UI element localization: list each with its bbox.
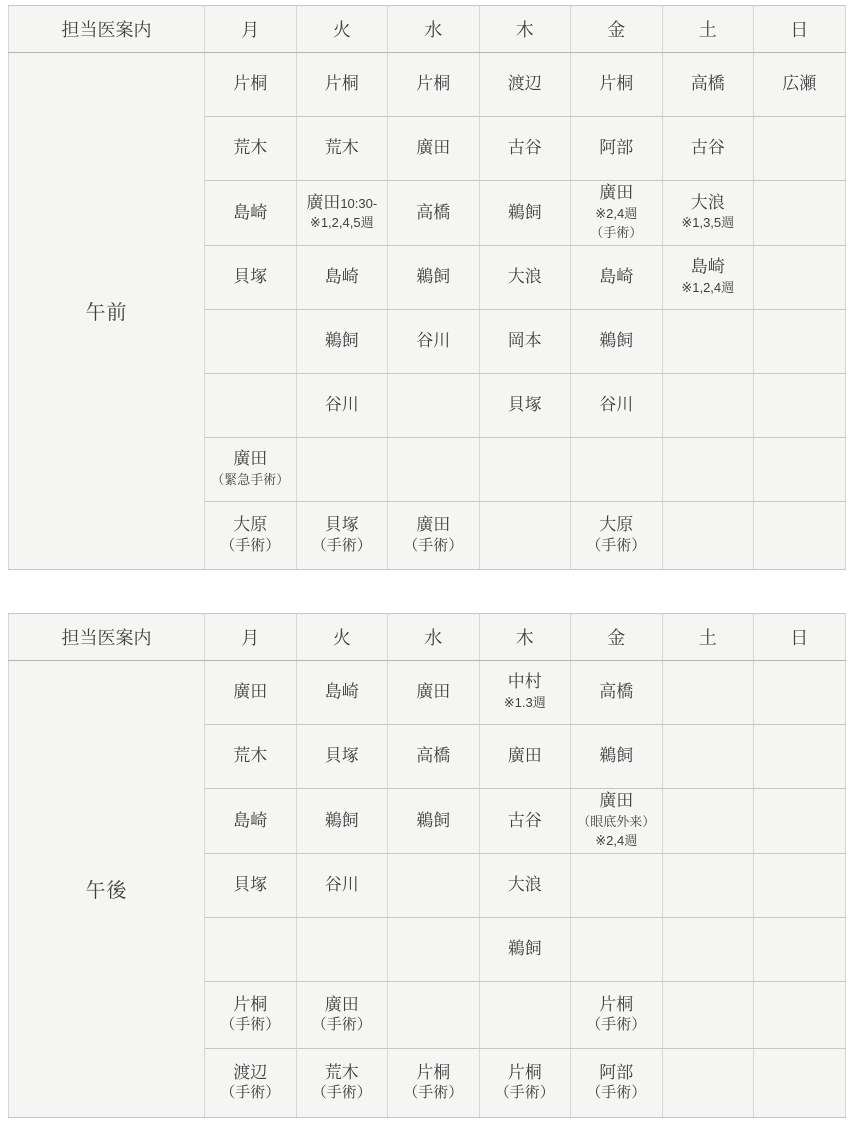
schedule-cell: 廣田（緊急手術）	[205, 437, 297, 501]
cell-line: ※2,4週	[572, 831, 661, 851]
cell-line: （手術）	[572, 223, 661, 243]
cell-line: 阿部	[572, 1063, 661, 1084]
cell-line: 貝塚	[206, 875, 295, 896]
schedule-note: （手術）	[495, 1084, 555, 1101]
empty-cell	[388, 853, 480, 917]
doctor-name: 高橋	[691, 74, 725, 93]
day-header-wed: 水	[388, 6, 480, 53]
empty-cell	[662, 853, 754, 917]
doctor-name: 貝塚	[325, 515, 359, 534]
schedule-note: （手術）	[312, 537, 372, 554]
schedule-note: ※1,2,4週	[681, 280, 734, 295]
schedule-cell: 大浪	[479, 853, 571, 917]
doctor-name: 荒木	[325, 1063, 359, 1082]
schedule-note: （手術）	[312, 1084, 372, 1101]
cell-line: 片桐	[298, 74, 387, 95]
schedule-cell: 鵜飼	[296, 789, 388, 854]
cell-line: （手術）	[298, 1083, 387, 1103]
cell-line: 島崎	[572, 267, 661, 288]
doctor-name: 廣田	[508, 746, 542, 765]
afternoon-schedule-table: 担当医案内 月 火 水 木 金 土 日 午後廣田島崎廣田中村※1.3週高橋荒木貝…	[8, 613, 846, 1118]
doctor-name: 岡本	[508, 331, 542, 350]
cell-line: 廣田	[206, 449, 295, 470]
cell-line: 荒木	[206, 138, 295, 159]
doctor-name: 片桐	[233, 74, 267, 93]
empty-cell	[662, 981, 754, 1048]
doctor-name: 古谷	[691, 138, 725, 157]
cell-line: 荒木	[206, 746, 295, 767]
schedule-note: （手術）	[220, 1084, 280, 1101]
header-row: 担当医案内 月 火 水 木 金 土 日	[9, 614, 846, 661]
cell-line: 廣田	[298, 995, 387, 1016]
schedule-cell: 広瀬	[754, 53, 846, 117]
cell-line: 谷川	[298, 875, 387, 896]
doctor-schedule-sheet: 担当医案内 月 火 水 木 金 土 日 午前片桐片桐片桐渡辺片桐高橋広瀬荒木荒木…	[0, 0, 852, 1130]
doctor-name: 谷川	[325, 875, 359, 894]
cell-line: 高橋	[389, 746, 478, 767]
doctor-name: 片桐	[599, 995, 633, 1014]
corner-header: 担当医案内	[9, 6, 205, 53]
schedule-cell: 谷川	[388, 309, 480, 373]
cell-line: 鵜飼	[389, 811, 478, 832]
empty-cell	[754, 373, 846, 437]
doctor-name: 渡辺	[233, 1063, 267, 1082]
cell-line: ※1,3,5週	[664, 213, 753, 233]
cell-line: 鵜飼	[389, 267, 478, 288]
doctor-name: 高橋	[599, 682, 633, 701]
day-header-sat: 土	[662, 6, 754, 53]
doctor-name: 大原	[599, 515, 633, 534]
schedule-cell: 島崎	[296, 661, 388, 725]
cell-line: 高橋	[664, 74, 753, 95]
empty-cell	[754, 853, 846, 917]
cell-line: 高橋	[389, 203, 478, 224]
schedule-cell: 鵜飼	[571, 725, 663, 789]
day-header-sun: 日	[754, 6, 846, 53]
cell-line: 島崎	[298, 267, 387, 288]
schedule-cell: 阿部	[571, 117, 663, 181]
cell-line: 阿部	[572, 138, 661, 159]
cell-line: ※1.3週	[481, 693, 570, 713]
schedule-cell: 廣田	[388, 661, 480, 725]
cell-line: 片桐	[572, 74, 661, 95]
doctor-name: 鵜飼	[599, 746, 633, 765]
cell-line: （手術）	[206, 1083, 295, 1103]
day-header-tue: 火	[296, 6, 388, 53]
cell-line: 古谷	[664, 138, 753, 159]
doctor-name: 阿部	[599, 1063, 633, 1082]
empty-cell	[662, 373, 754, 437]
cell-line: 廣田	[389, 515, 478, 536]
schedule-cell: 古谷	[662, 117, 754, 181]
schedule-cell: 鵜飼	[571, 309, 663, 373]
doctor-name: 鵜飼	[508, 203, 542, 222]
empty-cell	[662, 309, 754, 373]
schedule-cell: 廣田（手術）	[388, 501, 480, 569]
cell-line: 鵜飼	[572, 331, 661, 352]
schedule-cell: 荒木	[296, 117, 388, 181]
cell-line: （手術）	[206, 1015, 295, 1035]
schedule-note: （緊急手術）	[211, 472, 289, 487]
doctor-name: 貝塚	[325, 746, 359, 765]
schedule-cell: 片桐	[388, 53, 480, 117]
doctor-name: 古谷	[508, 811, 542, 830]
day-header-tue: 火	[296, 614, 388, 661]
empty-cell	[662, 437, 754, 501]
doctor-name: 片桐	[416, 74, 450, 93]
doctor-name: 片桐	[416, 1063, 450, 1082]
doctor-name: 島崎	[233, 811, 267, 830]
schedule-cell: 島崎	[205, 181, 297, 246]
schedule-cell: 島崎	[205, 789, 297, 854]
doctor-name: 片桐	[508, 1063, 542, 1082]
cell-line: 大浪	[664, 193, 753, 214]
cell-line: （手術）	[206, 536, 295, 556]
schedule-cell: 鵜飼	[388, 245, 480, 309]
cell-line: 大浪	[481, 875, 570, 896]
cell-line: 鵜飼	[481, 203, 570, 224]
cell-line: 鵜飼	[481, 939, 570, 960]
empty-cell	[754, 1048, 846, 1117]
empty-cell	[754, 117, 846, 181]
schedule-cell: 廣田10:30-※1,2,4,5週	[296, 181, 388, 246]
schedule-note: （眼底外来）	[577, 814, 655, 829]
doctor-name: 広瀬	[782, 74, 816, 93]
cell-line: 大原	[572, 515, 661, 536]
schedule-cell: 片桐（手術）	[479, 1048, 571, 1117]
schedule-cell: 島崎※1,2,4週	[662, 245, 754, 309]
schedule-cell: 大原（手術）	[205, 501, 297, 569]
schedule-cell: 廣田	[205, 661, 297, 725]
doctor-name: 渡辺	[508, 74, 542, 93]
doctor-name: 廣田	[599, 183, 633, 202]
cell-line: （手術）	[572, 1015, 661, 1035]
cell-line: 廣田	[572, 791, 661, 812]
doctor-name: 鵜飼	[325, 331, 359, 350]
cell-line: 島崎	[664, 257, 753, 278]
doctor-name: 島崎	[599, 267, 633, 286]
schedule-cell: 廣田※2,4週（手術）	[571, 181, 663, 246]
doctor-name: 廣田	[416, 515, 450, 534]
doctor-name: 島崎	[325, 267, 359, 286]
cell-line: 貝塚	[206, 267, 295, 288]
cell-line: 古谷	[481, 811, 570, 832]
cell-line: 貝塚	[481, 395, 570, 416]
empty-cell	[754, 981, 846, 1048]
cell-line: ※1,2,4,5週	[298, 213, 387, 233]
morning-schedule-table: 担当医案内 月 火 水 木 金 土 日 午前片桐片桐片桐渡辺片桐高橋広瀬荒木荒木…	[8, 5, 846, 570]
empty-cell	[571, 917, 663, 981]
cell-line: （手術）	[389, 536, 478, 556]
schedule-note: （手術）	[220, 537, 280, 554]
doctor-name: 島崎	[325, 682, 359, 701]
day-header-thu: 木	[479, 6, 571, 53]
doctor-name: 大原	[233, 515, 267, 534]
schedule-note: （手術）	[403, 1084, 463, 1101]
schedule-cell: 貝塚	[205, 245, 297, 309]
schedule-cell: 鵜飼	[479, 917, 571, 981]
cell-line: ※2,4週	[572, 204, 661, 224]
empty-cell	[662, 661, 754, 725]
schedule-note: （手術）	[586, 537, 646, 554]
cell-line: 片桐	[206, 74, 295, 95]
schedule-note: （手術）	[586, 1016, 646, 1033]
empty-cell	[754, 181, 846, 246]
doctor-name: 廣田	[233, 449, 267, 468]
cell-line: 島崎	[298, 682, 387, 703]
schedule-cell: 大浪※1,3,5週	[662, 181, 754, 246]
cell-line: 貝塚	[298, 746, 387, 767]
schedule-cell: 渡辺	[479, 53, 571, 117]
cell-line: 片桐	[481, 1063, 570, 1084]
doctor-name: 大浪	[508, 267, 542, 286]
schedule-cell: 高橋	[388, 181, 480, 246]
doctor-name: 貝塚	[233, 875, 267, 894]
schedule-cell: 片桐（手術）	[571, 981, 663, 1048]
cell-line: 岡本	[481, 331, 570, 352]
empty-cell	[754, 501, 846, 569]
doctor-name: 谷川	[325, 395, 359, 414]
cell-line: 廣田	[572, 183, 661, 204]
schedule-cell: 廣田（眼底外来）※2,4週	[571, 789, 663, 854]
empty-cell	[662, 501, 754, 569]
cell-line: （手術）	[481, 1083, 570, 1103]
schedule-cell: 島崎	[571, 245, 663, 309]
doctor-name: 高橋	[416, 203, 450, 222]
doctor-name: 谷川	[599, 395, 633, 414]
empty-cell	[662, 1048, 754, 1117]
schedule-note: （手術）	[590, 225, 642, 240]
schedule-cell: 中村※1.3週	[479, 661, 571, 725]
schedule-cell: 岡本	[479, 309, 571, 373]
doctor-name: 廣田	[325, 995, 359, 1014]
header-row: 担当医案内 月 火 水 木 金 土 日	[9, 6, 846, 53]
period-label: 午前	[9, 53, 205, 570]
cell-line: 荒木	[298, 138, 387, 159]
schedule-note: ※2,4週	[595, 206, 637, 221]
schedule-cell: 廣田（手術）	[296, 981, 388, 1048]
doctor-name: 鵜飼	[416, 811, 450, 830]
cell-line: ※1,2,4週	[664, 278, 753, 298]
cell-line: 廣田10:30-	[298, 193, 387, 214]
cell-line: 広瀬	[755, 74, 844, 95]
cell-line: （緊急手術）	[206, 470, 295, 490]
schedule-cell: 荒木	[205, 725, 297, 789]
empty-cell	[388, 917, 480, 981]
doctor-name: 鵜飼	[508, 939, 542, 958]
cell-line: （手術）	[298, 1015, 387, 1035]
empty-cell	[479, 501, 571, 569]
empty-cell	[754, 789, 846, 854]
doctor-name: 廣田	[306, 193, 340, 212]
doctor-name: 島崎	[691, 257, 725, 276]
schedule-cell: 貝塚	[296, 725, 388, 789]
doctor-name: 鵜飼	[599, 331, 633, 350]
cell-line: 中村	[481, 672, 570, 693]
cell-line: 片桐	[389, 74, 478, 95]
cell-line: （手術）	[572, 536, 661, 556]
schedule-cell: 荒木（手術）	[296, 1048, 388, 1117]
cell-line: 鵜飼	[572, 746, 661, 767]
empty-cell	[205, 373, 297, 437]
schedule-cell: 貝塚（手術）	[296, 501, 388, 569]
doctor-name: 廣田	[416, 138, 450, 157]
empty-cell	[479, 437, 571, 501]
cell-line: 大原	[206, 515, 295, 536]
empty-cell	[388, 373, 480, 437]
period-label: 午後	[9, 661, 205, 1118]
cell-line: 廣田	[481, 746, 570, 767]
empty-cell	[479, 981, 571, 1048]
doctor-name: 中村	[508, 672, 542, 691]
empty-cell	[754, 245, 846, 309]
empty-cell	[754, 661, 846, 725]
empty-cell	[388, 981, 480, 1048]
cell-line: 高橋	[572, 682, 661, 703]
cell-line: 島崎	[206, 811, 295, 832]
schedule-cell: 古谷	[479, 117, 571, 181]
schedule-cell: 片桐（手術）	[388, 1048, 480, 1117]
cell-line: 荒木	[298, 1063, 387, 1084]
cell-line: 鵜飼	[298, 331, 387, 352]
cell-line: 片桐	[389, 1063, 478, 1084]
cell-line: 大浪	[481, 267, 570, 288]
schedule-note: ※1.3週	[504, 695, 546, 710]
doctor-name: 古谷	[508, 138, 542, 157]
doctor-name: 貝塚	[508, 395, 542, 414]
doctor-name: 大浪	[508, 875, 542, 894]
cell-line: 谷川	[298, 395, 387, 416]
day-header-sat: 土	[662, 614, 754, 661]
schedule-note: 10:30-	[340, 196, 377, 211]
cell-line: 島崎	[206, 203, 295, 224]
cell-line: 渡辺	[481, 74, 570, 95]
schedule-note: （手術）	[403, 537, 463, 554]
schedule-note: （手術）	[312, 1016, 372, 1033]
cell-line: 廣田	[389, 682, 478, 703]
doctor-name: 鵜飼	[416, 267, 450, 286]
empty-cell	[662, 917, 754, 981]
doctor-name: 廣田	[416, 682, 450, 701]
day-header-sun: 日	[754, 614, 846, 661]
schedule-cell: 貝塚	[205, 853, 297, 917]
cell-line: 渡辺	[206, 1063, 295, 1084]
cell-line: 廣田	[206, 682, 295, 703]
empty-cell	[754, 917, 846, 981]
schedule-cell: 大浪	[479, 245, 571, 309]
empty-cell	[571, 853, 663, 917]
doctor-name: 鵜飼	[325, 811, 359, 830]
doctor-name: 荒木	[233, 138, 267, 157]
cell-line: 片桐	[206, 995, 295, 1016]
doctor-name: 高橋	[416, 746, 450, 765]
cell-line: （手術）	[389, 1083, 478, 1103]
cell-line: 廣田	[389, 138, 478, 159]
schedule-row: 午前片桐片桐片桐渡辺片桐高橋広瀬	[9, 53, 846, 117]
empty-cell	[662, 789, 754, 854]
empty-cell	[754, 725, 846, 789]
doctor-name: 大浪	[691, 193, 725, 212]
day-header-mon: 月	[205, 614, 297, 661]
doctor-name: 阿部	[599, 138, 633, 157]
empty-cell	[296, 437, 388, 501]
schedule-cell: 貝塚	[479, 373, 571, 437]
schedule-cell: 谷川	[296, 853, 388, 917]
schedule-cell: 鵜飼	[479, 181, 571, 246]
schedule-cell: 阿部（手術）	[571, 1048, 663, 1117]
cell-line: （手術）	[298, 536, 387, 556]
schedule-cell: 谷川	[571, 373, 663, 437]
schedule-note: （手術）	[586, 1084, 646, 1101]
schedule-note: ※2,4週	[595, 833, 637, 848]
schedule-row: 午後廣田島崎廣田中村※1.3週高橋	[9, 661, 846, 725]
schedule-cell: 片桐（手術）	[205, 981, 297, 1048]
cell-line: 古谷	[481, 138, 570, 159]
schedule-cell: 高橋	[662, 53, 754, 117]
empty-cell	[205, 917, 297, 981]
cell-line: 谷川	[389, 331, 478, 352]
cell-line: （手術）	[572, 1083, 661, 1103]
schedule-note: ※1,3,5週	[681, 215, 734, 230]
cell-line: 鵜飼	[298, 811, 387, 832]
empty-cell	[754, 437, 846, 501]
empty-cell	[388, 437, 480, 501]
schedule-cell: 鵜飼	[388, 789, 480, 854]
schedule-cell: 片桐	[571, 53, 663, 117]
schedule-note: （手術）	[220, 1016, 280, 1033]
doctor-name: 片桐	[325, 74, 359, 93]
schedule-cell: 大原（手術）	[571, 501, 663, 569]
doctor-name: 谷川	[416, 331, 450, 350]
schedule-cell: 高橋	[571, 661, 663, 725]
empty-cell	[205, 309, 297, 373]
schedule-note: ※1,2,4,5週	[310, 215, 374, 230]
doctor-name: 廣田	[233, 682, 267, 701]
cell-line: 片桐	[572, 995, 661, 1016]
schedule-cell: 島崎	[296, 245, 388, 309]
day-header-thu: 木	[479, 614, 571, 661]
cell-line: （眼底外来）	[572, 812, 661, 832]
schedule-cell: 片桐	[296, 53, 388, 117]
cell-line: 谷川	[572, 395, 661, 416]
doctor-name: 荒木	[233, 746, 267, 765]
schedule-cell: 荒木	[205, 117, 297, 181]
empty-cell	[571, 437, 663, 501]
doctor-name: 島崎	[233, 203, 267, 222]
day-header-fri: 金	[571, 614, 663, 661]
schedule-cell: 谷川	[296, 373, 388, 437]
schedule-cell: 鵜飼	[296, 309, 388, 373]
schedule-cell: 廣田	[388, 117, 480, 181]
empty-cell	[754, 309, 846, 373]
schedule-cell: 古谷	[479, 789, 571, 854]
doctor-name: 片桐	[599, 74, 633, 93]
schedule-cell: 渡辺（手術）	[205, 1048, 297, 1117]
cell-line: 貝塚	[298, 515, 387, 536]
empty-cell	[296, 917, 388, 981]
corner-header: 担当医案内	[9, 614, 205, 661]
schedule-cell: 高橋	[388, 725, 480, 789]
empty-cell	[662, 725, 754, 789]
day-header-wed: 水	[388, 614, 480, 661]
schedule-cell: 片桐	[205, 53, 297, 117]
doctor-name: 荒木	[325, 138, 359, 157]
day-header-mon: 月	[205, 6, 297, 53]
doctor-name: 廣田	[599, 791, 633, 810]
doctor-name: 片桐	[233, 995, 267, 1014]
schedule-cell: 廣田	[479, 725, 571, 789]
day-header-fri: 金	[571, 6, 663, 53]
